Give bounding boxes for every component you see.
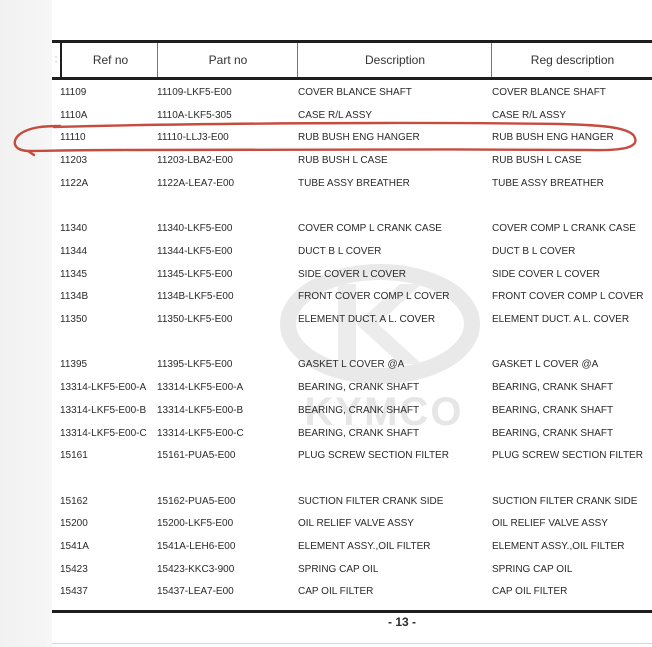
part-no-cell: 1110A-LKF5-305	[157, 105, 232, 127]
ref-no-cell: 1110A	[60, 105, 87, 127]
part-no-cell: 11340-LKF5-E00	[157, 218, 232, 240]
table-row: 1110A1110A-LKF5-305CASE R/L ASSYCASE R/L…	[52, 105, 652, 127]
table-bottom-rule	[52, 610, 652, 613]
ref-no-cell: 1541A	[60, 536, 89, 558]
part-no-cell: 15162-PUA5-E00	[157, 491, 235, 513]
part-no-cell: 1134B-LKF5-E00	[157, 286, 234, 308]
description-cell: TUBE ASSY BREATHER	[298, 173, 410, 195]
part-no-cell: 11203-LBA2-E00	[157, 150, 233, 172]
part-no-cell: 1541A-LEH6-E00	[157, 536, 235, 558]
ref-no-cell: 13314-LKF5-E00-B	[60, 400, 146, 422]
reg-description-cell: FRONT COVER COMP L COVER	[492, 286, 644, 308]
reg-description-cell: COVER COMP L CRANK CASE	[492, 218, 636, 240]
description-cell: BEARING, CRANK SHAFT	[298, 400, 419, 422]
table-row: 1134511345-LKF5-E00SIDE COVER L COVERSID…	[52, 264, 652, 286]
description-cell: BEARING, CRANK SHAFT	[298, 423, 419, 445]
description-cell: SIDE COVER L COVER	[298, 264, 406, 286]
part-no-cell: 11110-LLJ3-E00	[157, 127, 229, 149]
part-no-cell: 13314-LKF5-E00-A	[157, 377, 243, 399]
table-row-highlighted: 1111011110-LLJ3-E00RUB BUSH ENG HANGERRU…	[52, 127, 652, 149]
ref-no-cell: 15437	[60, 581, 88, 603]
reg-description-cell: CASE R/L ASSY	[492, 105, 566, 127]
part-no-cell: 11344-LKF5-E00	[157, 241, 232, 263]
column-header-description: Description	[297, 43, 492, 77]
table-row: 1516215162-PUA5-E00SUCTION FILTER CRANK …	[52, 491, 652, 513]
part-no-cell: 11350-LKF5-E00	[157, 309, 232, 331]
table-row: 1135011350-LKF5-E00ELEMENT DUCT. A L. CO…	[52, 309, 652, 331]
reg-description-cell: RUB BUSH ENG HANGER	[492, 127, 614, 149]
description-cell: ELEMENT DUCT. A L. COVER	[298, 309, 435, 331]
ref-no-cell: 15162	[60, 491, 88, 513]
table-row: 1122A1122A-LEA7-E00TUBE ASSY BREATHERTUB…	[52, 173, 652, 195]
table-row: 1134011340-LKF5-E00COVER COMP L CRANK CA…	[52, 218, 652, 240]
reg-description-cell: TUBE ASSY BREATHER	[492, 173, 604, 195]
reg-description-cell: ELEMENT DUCT. A L. COVER	[492, 309, 629, 331]
part-no-cell: 15161-PUA5-E00	[157, 445, 235, 467]
reg-description-cell: CAP OIL FILTER	[492, 581, 567, 603]
reg-description-cell: COVER BLANCE SHAFT	[492, 82, 606, 104]
description-cell: SUCTION FILTER CRANK SIDE	[298, 491, 443, 513]
ref-no-cell: 11350	[60, 309, 87, 331]
description-cell: RUB BUSH ENG HANGER	[298, 127, 420, 149]
description-cell: OIL RELIEF VALVE ASSY	[298, 513, 414, 535]
description-cell: COVER BLANCE SHAFT	[298, 82, 412, 104]
description-cell: BEARING, CRANK SHAFT	[298, 377, 419, 399]
ref-no-cell: 11395	[60, 354, 87, 376]
column-header-part-no: Part no	[157, 43, 298, 77]
ref-no-cell: 11110	[60, 127, 86, 149]
part-no-cell: 15437-LEA7-E00	[157, 581, 234, 603]
reg-description-cell: BEARING, CRANK SHAFT	[492, 377, 613, 399]
reg-description-cell: ELEMENT ASSY.,OIL FILTER	[492, 536, 624, 558]
reg-description-cell: BEARING, CRANK SHAFT	[492, 400, 613, 422]
ref-no-cell: 11344	[60, 241, 87, 263]
table-row: 1520015200-LKF5-E00OIL RELIEF VALVE ASSY…	[52, 513, 652, 535]
table-row: 1134B1134B-LKF5-E00FRONT COVER COMP L CO…	[52, 286, 652, 308]
table-row: 1516115161-PUA5-E00PLUG SCREW SECTION FI…	[52, 445, 652, 467]
ref-no-cell: 1122A	[60, 173, 88, 195]
description-cell: COVER COMP L CRANK CASE	[298, 218, 442, 240]
table-row: 1139511395-LKF5-E00GASKET L COVER @AGASK…	[52, 354, 652, 376]
reg-description-cell: SPRING CAP OIL	[492, 559, 572, 581]
table-row: 1110911109-LKF5-E00COVER BLANCE SHAFTCOV…	[52, 82, 652, 104]
description-cell: RUB BUSH L CASE	[298, 150, 388, 172]
part-no-cell: 13314-LKF5-E00-B	[157, 400, 243, 422]
part-no-cell: 11395-LKF5-E00	[157, 354, 232, 376]
reg-description-cell: SIDE COVER L COVER	[492, 264, 600, 286]
ref-no-cell: 11340	[60, 218, 87, 240]
description-cell: GASKET L COVER @A	[298, 354, 404, 376]
ref-no-cell: 15200	[60, 513, 88, 535]
description-cell: DUCT B L COVER	[298, 241, 381, 263]
table-row: 1541A1541A-LEH6-E00ELEMENT ASSY.,OIL FIL…	[52, 536, 652, 558]
ref-no-cell: 15423	[60, 559, 88, 581]
table-row: 13314-LKF5-E00-C13314-LKF5-E00-CBEARING,…	[52, 423, 652, 445]
description-cell: PLUG SCREW SECTION FILTER	[298, 445, 449, 467]
ref-no-cell: 15161	[60, 445, 88, 467]
column-edge-marker: :	[52, 43, 60, 77]
reg-description-cell: SUCTION FILTER CRANK SIDE	[492, 491, 637, 513]
description-cell: CASE R/L ASSY	[298, 105, 372, 127]
column-header-ref-no: Ref no	[60, 43, 159, 77]
reg-description-cell: RUB BUSH L CASE	[492, 150, 582, 172]
reg-description-cell: DUCT B L COVER	[492, 241, 575, 263]
reg-description-cell: GASKET L COVER @A	[492, 354, 598, 376]
table-row: 1542315423-KKC3-900SPRING CAP OILSPRING …	[52, 559, 652, 581]
ref-no-cell: 11345	[60, 264, 87, 286]
ref-no-cell: 1134B	[60, 286, 88, 308]
column-header-reg-description: Reg description	[491, 43, 652, 77]
part-no-cell: 15200-LKF5-E00	[157, 513, 233, 535]
table-row: 13314-LKF5-E00-A13314-LKF5-E00-ABEARING,…	[52, 377, 652, 399]
part-no-cell: 15423-KKC3-900	[157, 559, 234, 581]
part-no-cell: 11345-LKF5-E00	[157, 264, 232, 286]
part-no-cell: 11109-LKF5-E00	[157, 82, 232, 104]
table-row: 13314-LKF5-E00-B13314-LKF5-E00-BBEARING,…	[52, 400, 652, 422]
ref-no-cell: 11109	[60, 82, 86, 104]
page-number: - 13 -	[372, 612, 432, 632]
description-cell: FRONT COVER COMP L COVER	[298, 286, 450, 308]
part-no-cell: 1122A-LEA7-E00	[157, 173, 234, 195]
ref-no-cell: 13314-LKF5-E00-A	[60, 377, 146, 399]
background-margin	[0, 0, 52, 647]
table-row: 1543715437-LEA7-E00CAP OIL FILTERCAP OIL…	[52, 581, 652, 603]
ref-no-cell: 11203	[60, 150, 87, 172]
page-bottom-divider	[52, 643, 652, 644]
table-header: : Ref no Part no Description Reg descrip…	[52, 40, 652, 80]
description-cell: CAP OIL FILTER	[298, 581, 373, 603]
reg-description-cell: BEARING, CRANK SHAFT	[492, 423, 613, 445]
part-no-cell: 13314-LKF5-E00-C	[157, 423, 244, 445]
description-cell: ELEMENT ASSY.,OIL FILTER	[298, 536, 430, 558]
ref-no-cell: 13314-LKF5-E00-C	[60, 423, 147, 445]
table-row: 1120311203-LBA2-E00RUB BUSH L CASERUB BU…	[52, 150, 652, 172]
description-cell: SPRING CAP OIL	[298, 559, 378, 581]
reg-description-cell: OIL RELIEF VALVE ASSY	[492, 513, 608, 535]
reg-description-cell: PLUG SCREW SECTION FILTER	[492, 445, 643, 467]
table-row: 1134411344-LKF5-E00DUCT B L COVERDUCT B …	[52, 241, 652, 263]
